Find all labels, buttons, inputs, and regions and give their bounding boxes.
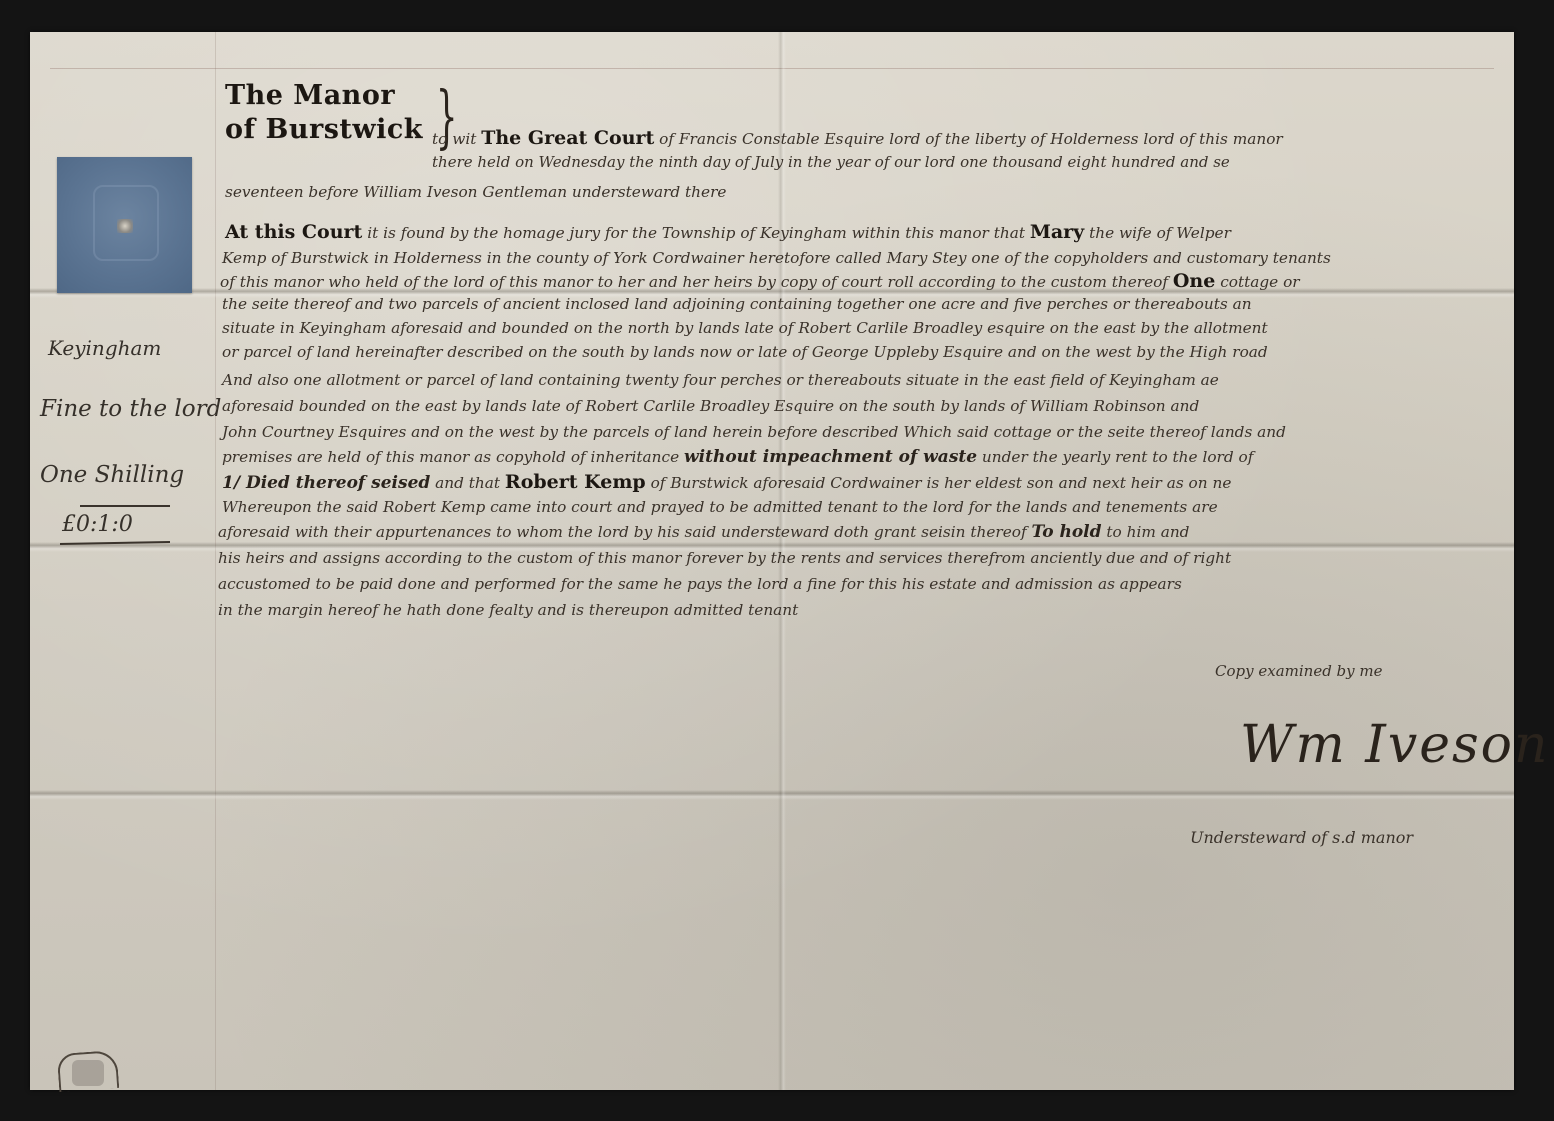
body-line: in the margin hereof he hath done fealty… (218, 600, 798, 620)
body-line: John Courtney Esquires and on the west b… (222, 422, 1286, 442)
fold-crease (30, 790, 1514, 800)
margin-fine-label: Fine to the lord (40, 396, 221, 422)
body-line: the seite thereof and two parcels of anc… (222, 294, 1252, 314)
body-line: And also one allotment or parcel of land… (222, 370, 1219, 390)
body-line: aforesaid bounded on the east by lands l… (222, 396, 1199, 416)
body-line: there held on Wednesday the ninth day of… (432, 152, 1230, 172)
body-line: accustomed to be paid done and performed… (218, 574, 1182, 594)
revenue-stamp (57, 157, 192, 293)
margin-rule (215, 32, 216, 1090)
margin-place: Keyingham (48, 336, 161, 360)
body-line: seventeen before William Iveson Gentlema… (225, 182, 726, 202)
body-line: Kemp of Burstwick in Holderness in the c… (222, 248, 1331, 268)
margin-fine-words: One Shilling (40, 462, 184, 488)
signature: Wm Iveson (1240, 715, 1549, 775)
margin-fine-amount: £0:1:0 (62, 512, 133, 537)
body-line: or parcel of land hereinafter described … (222, 342, 1268, 362)
seal-outline-icon (57, 1050, 120, 1092)
body-line: aforesaid with their appurtenances to wh… (218, 522, 1189, 542)
body-line: his heirs and assigns according to the c… (218, 548, 1231, 568)
ruled-line (50, 68, 1494, 69)
heading-line-2: of Burstwick (225, 114, 423, 145)
body-line: At this Court it is found by the homage … (225, 222, 1231, 243)
stamp-center-icon (117, 219, 133, 233)
body-line: situate in Keyingham aforesaid and bound… (222, 318, 1268, 338)
body-line: premises are held of this manor as copyh… (222, 447, 1253, 467)
signature-role: Understeward of s.d manor (1190, 828, 1413, 847)
heading-line-1: The Manor (225, 80, 395, 111)
body-line: of this manor who held of the lord of th… (220, 271, 1300, 292)
copy-examined-text: Copy examined by me (1215, 662, 1383, 680)
fee-rule (80, 505, 170, 507)
body-line: to wit The Great Court of Francis Consta… (432, 128, 1283, 149)
body-line: 1/ Died thereof seised and that Robert K… (222, 472, 1231, 493)
body-line: Whereupon the said Robert Kemp came into… (222, 497, 1218, 517)
